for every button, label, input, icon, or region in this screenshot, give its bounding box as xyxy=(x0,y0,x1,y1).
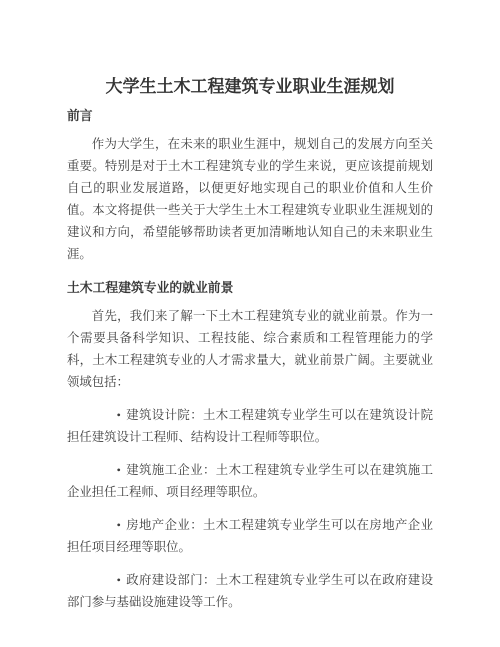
page-title: 大学生土木工程建筑专业职业生涯规划 xyxy=(67,76,433,98)
preface-heading: 前言 xyxy=(67,105,433,127)
bullet-text: 政府建设部门：土木工程建筑专业学生可以在政府建设部门参与基础设施建设等工作。 xyxy=(67,573,433,609)
list-item-real-estate: •房地产企业：土木工程建筑专业学生可以在房地产企业担任项目经理等职位。 xyxy=(67,514,433,558)
list-item-construction-enterprise: •建筑施工企业：土木工程建筑专业学生可以在建筑施工企业担任工程师、项目经理等职位… xyxy=(67,459,433,503)
prospects-heading: 土木工程建筑专业的就业前景 xyxy=(67,277,433,299)
bullet-icon: • xyxy=(92,459,121,481)
prospects-paragraph: 首先，我们来了解一下土木工程建筑专业的就业前景。作为一个需要具备科学知识、工程技… xyxy=(67,305,433,393)
bullet-text: 建筑设计院：土木工程建筑专业学生可以在建筑设计院担任建筑设计工程师、结构设计工程… xyxy=(67,408,433,444)
bullet-list: •建筑设计院：土木工程建筑专业学生可以在建筑设计院担任建筑设计工程师、结构设计工… xyxy=(67,404,433,613)
section-employment-prospects: 土木工程建筑专业的就业前景 首先，我们来了解一下土木工程建筑专业的就业前景。作为… xyxy=(67,277,433,613)
list-item-government-department: •政府建设部门：土木工程建筑专业学生可以在政府建设部门参与基础设施建设等工作。 xyxy=(67,569,433,613)
list-item-design-institute: •建筑设计院：土木工程建筑专业学生可以在建筑设计院担任建筑设计工程师、结构设计工… xyxy=(67,404,433,448)
bullet-text: 建筑施工企业：土木工程建筑专业学生可以在建筑施工企业担任工程师、项目经理等职位。 xyxy=(67,463,433,499)
document-page: 大学生土木工程建筑专业职业生涯规划 前言 作为大学生，在未来的职业生涯中，规划自… xyxy=(0,0,500,647)
bullet-text: 房地产企业：土木工程建筑专业学生可以在房地产企业担任项目经理等职位。 xyxy=(67,518,433,554)
bullet-icon: • xyxy=(92,569,121,591)
preface-paragraph: 作为大学生，在未来的职业生涯中，规划自己的发展方向至关重要。特别是对于土木工程建… xyxy=(67,133,433,265)
bullet-icon: • xyxy=(92,404,121,426)
bullet-icon: • xyxy=(92,514,121,536)
section-preface: 前言 作为大学生，在未来的职业生涯中，规划自己的发展方向至关重要。特别是对于土木… xyxy=(67,105,433,265)
